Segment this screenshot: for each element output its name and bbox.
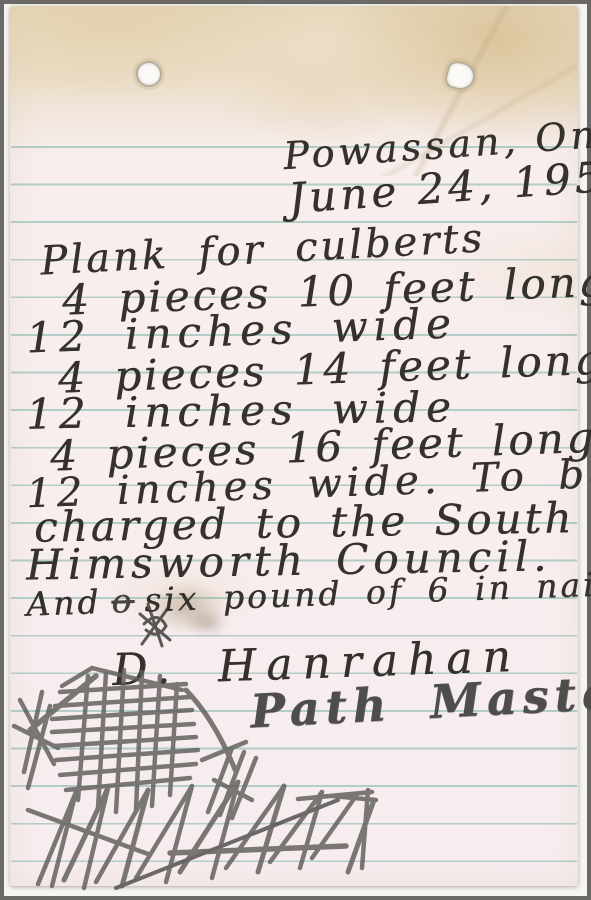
note-paper: [10, 6, 578, 886]
scanned-document: Powassan, Ont. June 24, 1959 Plank for c…: [0, 0, 591, 900]
